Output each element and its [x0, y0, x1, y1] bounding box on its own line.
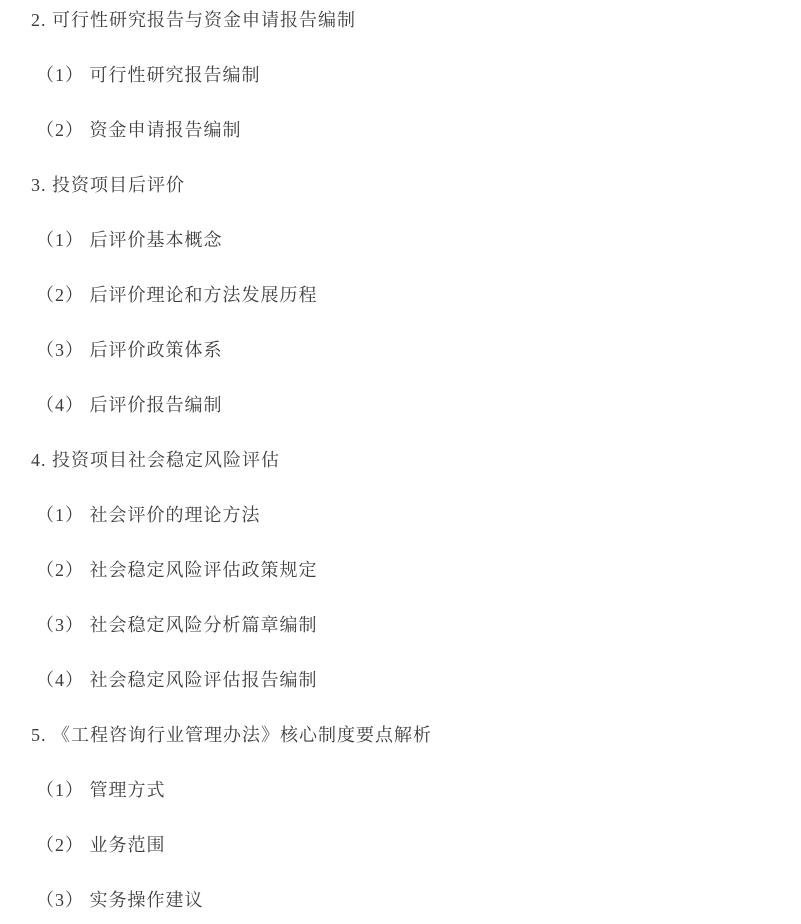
- outline-item: （1） 管理方式: [0, 763, 801, 818]
- section-title: 3. 投资项目后评价: [0, 158, 801, 213]
- outline-item: （2） 后评价理论和方法发展历程: [0, 268, 801, 323]
- document-page: 2. 可行性研究报告与资金申请报告编制（1） 可行性研究报告编制（2） 资金申请…: [0, 0, 801, 924]
- outline-item: （2） 资金申请报告编制: [0, 103, 801, 158]
- outline-item: （3） 社会稳定风险分析篇章编制: [0, 598, 801, 653]
- outline-item: （2） 社会稳定风险评估政策规定: [0, 543, 801, 598]
- section-title: 2. 可行性研究报告与资金申请报告编制: [0, 0, 801, 48]
- document-outline: 2. 可行性研究报告与资金申请报告编制（1） 可行性研究报告编制（2） 资金申请…: [0, 0, 801, 924]
- outline-item: （3） 实务操作建议: [0, 873, 801, 924]
- outline-item: （2） 业务范围: [0, 818, 801, 873]
- outline-item: （4） 后评价报告编制: [0, 378, 801, 433]
- section-title: 4. 投资项目社会稳定风险评估: [0, 433, 801, 488]
- outline-item: （1） 社会评价的理论方法: [0, 488, 801, 543]
- outline-item: （3） 后评价政策体系: [0, 323, 801, 378]
- section-title: 5. 《工程咨询行业管理办法》核心制度要点解析: [0, 708, 801, 763]
- outline-item: （4） 社会稳定风险评估报告编制: [0, 653, 801, 708]
- outline-item: （1） 后评价基本概念: [0, 213, 801, 268]
- outline-item: （1） 可行性研究报告编制: [0, 48, 801, 103]
